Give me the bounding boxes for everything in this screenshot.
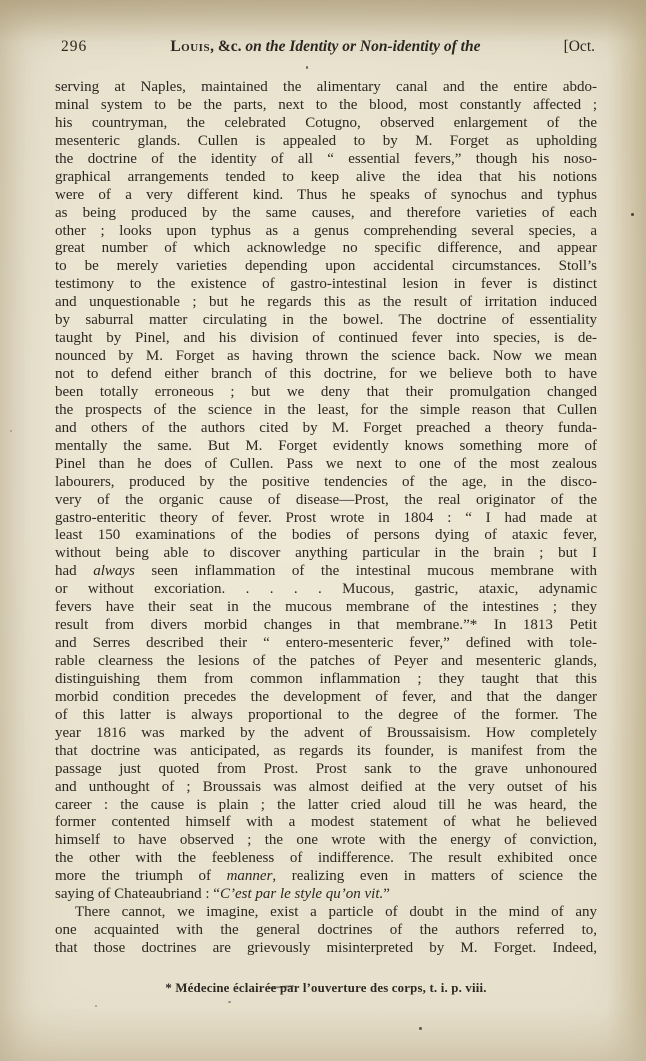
text-line: and unthought of ; Broussais was almost … [55, 779, 597, 797]
text-line: gastro-enteritic theory of fever. Prost … [55, 510, 597, 528]
text-line: and Serres described their “ entero-mese… [55, 635, 597, 653]
text-line: his countryman, the celebrated Cotugno, … [55, 115, 597, 133]
text-line: Pinel than he does of Cullen. Pass we ne… [55, 456, 597, 474]
text-line: morbid condition precedes the developmen… [55, 689, 597, 707]
text-line: or without excoriation. . . . . Mucous, … [55, 581, 597, 599]
text-line: one acquainted with the general doctrine… [55, 922, 597, 940]
text-line: been totally erroneous ; but we deny tha… [55, 384, 597, 402]
text-line: that those doctrines are grievously misi… [55, 940, 597, 958]
text-line: himself to have observed ; the one wrote… [55, 832, 597, 850]
text-line: year 1816 was marked by the advent of Br… [55, 725, 597, 743]
text-line: There cannot, we imagine, exist a partic… [55, 904, 597, 922]
text-line: that doctrine was anticipated, as regard… [55, 743, 597, 761]
running-title-italic: on the Identity or Non-identity of the [245, 38, 480, 55]
text-line: more the triumph of manner, realizing ev… [55, 868, 597, 886]
running-head: 296 Louis, &c. on the Identity or Non-id… [55, 38, 597, 56]
text-line: former contented himself with a modest s… [55, 814, 597, 832]
running-title-author: Louis [170, 38, 210, 55]
text-line: had always seen inflammation of the inte… [55, 563, 597, 581]
text-line: and others of the authors cited by M. Fo… [55, 420, 597, 438]
paper-speck [631, 213, 634, 216]
text-line: other ; looks upon typhus as a genus com… [55, 223, 597, 241]
text-line: without being able to discover anything … [55, 545, 597, 563]
paper-speck [306, 66, 308, 69]
text-line: by saburral matter circulating in the bo… [55, 312, 597, 330]
text-line: rable clearness the lesions of the patch… [55, 653, 597, 671]
text-line: not to defend either branch of this doct… [55, 366, 597, 384]
paper-speck [228, 1001, 231, 1003]
text-line: graphical arrangements tended to keep al… [55, 169, 597, 187]
text-line: to be merely varieties depending upon ac… [55, 258, 597, 276]
text-line: the prospects of the science in the leas… [55, 402, 597, 420]
issue-label: [Oct. [564, 38, 597, 56]
text-line: labourers, produced by the positive tend… [55, 474, 597, 492]
text-line: career : the cause is plain ; the latter… [55, 797, 597, 815]
book-page: 296 Louis, &c. on the Identity or Non-id… [0, 0, 646, 1061]
paper-speck [419, 1027, 422, 1030]
text-line: mesenteric glands. Cullen is appealed to… [55, 133, 597, 151]
text-line: minal system to be the parts, next to th… [55, 97, 597, 115]
page-number: 296 [55, 38, 87, 56]
text-line: taught by Pinel, and his division of con… [55, 330, 597, 348]
text-line: of this latter is always proportional to… [55, 707, 597, 725]
text-line: saying of Chateaubriand : “C’est par le … [55, 886, 597, 904]
text-line: great number of which acknowledge no spe… [55, 240, 597, 258]
text-line: testimony to the existence of gastro-int… [55, 276, 597, 294]
running-title: Louis, &c. on the Identity or Non-identi… [87, 38, 563, 56]
footnote: * Médecine éclairée par l’ouverture des … [55, 981, 597, 996]
text-line: and unquestionable ; but he regards this… [55, 294, 597, 312]
text-line: the other with the feebleness of indiffe… [55, 850, 597, 868]
body-text: serving at Naples, maintained the alimen… [55, 79, 597, 958]
text-line: serving at Naples, maintained the alimen… [55, 79, 597, 97]
text-line: passage just quoted from Prost. Prost sa… [55, 761, 597, 779]
text-line: distinguishing them from common inflamma… [55, 671, 597, 689]
text-line: mentally the same. But M. Forget evident… [55, 438, 597, 456]
text-line: as being produced by the same causes, an… [55, 205, 597, 223]
running-title-mid: , &c. [210, 38, 245, 55]
text-line: nounced by M. Forget as having thrown th… [55, 348, 597, 366]
text-line: result from divers morbid changes in tha… [55, 617, 597, 635]
text-line: fevers have their seat in the mucous mem… [55, 599, 597, 617]
text-line: very of the organic cause of disease—Pro… [55, 492, 597, 510]
text-line: least 150 examinations of the bodies of … [55, 527, 597, 545]
paper-speck [10, 430, 12, 432]
text-line: the doctrine of the identity of all “ es… [55, 151, 597, 169]
text-line: were of a very different kind. Thus he s… [55, 187, 597, 205]
paper-speck [95, 1005, 97, 1007]
